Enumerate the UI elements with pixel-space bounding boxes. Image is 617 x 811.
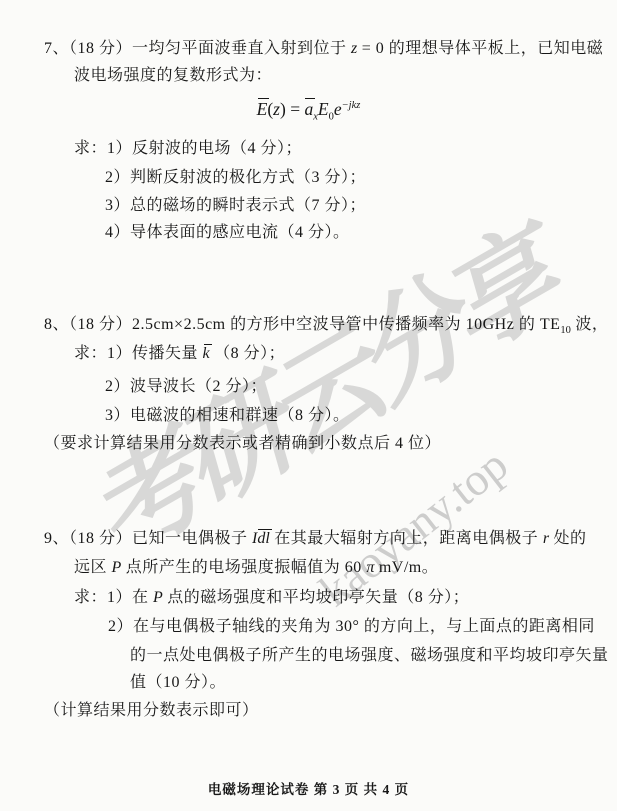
question-7-item-2: 2）判断反射波的极化方式（3 分）； [105,167,366,189]
q9-item1-text-a: 求：1）在 [74,589,153,606]
q8-intro-text-a: 8、（18 分）2.5cm×2.5cm 的方形中空波导管中传播频率为 10GHz… [44,316,560,333]
formula-a-vector: a [304,99,313,119]
question-7-item-3: 3）总的磁场的瞬时表示式（7 分）； [105,195,366,217]
formula-equals: = [286,99,305,119]
formula-z: z [273,99,280,119]
q7-intro-text-b: = 0 [357,40,389,57]
q9-math-dl-vector: dl [257,530,269,547]
question-9-note: （计算结果用分数表示即可） [44,700,259,722]
question-9-item-1: 求：1）在 P 点的磁场强度和平均坡印亭矢量（8 分）； [74,587,469,609]
question-9-item-2-line-2: 的一点处电偶极子所产生的电场强度、磁场强度和平均坡印亭矢量 [130,645,609,667]
formula-e: e [334,99,342,119]
q9-item1-text-b: 点的磁场强度和平均坡印亭矢量（8 分）； [163,589,470,606]
q7-intro-text-c: 的理想导体平板上，已知电磁 [389,40,604,57]
question-7-intro-line-1: 7、（18 分）一均匀平面波垂直入射到位于 z = 0 的理想导体平板上，已知电… [44,38,603,60]
q8-item1-text-a: 求：1）传播矢量 [74,345,203,362]
q8-math-k-vector: k [203,345,210,362]
question-9-intro-line-1: 9、（18 分）已知一电偶极子 Idl 在其最大辐射方向上，距离电偶极子 r 处… [44,528,587,550]
question-9-intro-line-2: 远区 P 点所产生的电场强度振幅值为 60 π mV/m。 [74,557,438,579]
q9-line2-text-c: mV/m。 [374,559,438,576]
q9-intro-text-a: 9、（18 分）已知一电偶极子 [44,530,252,547]
scanned-exam-page: { "watermark": { "calligraphy": "考研云分享",… [0,0,617,811]
formula-E0: E [318,99,329,119]
question-9-item-2-line-1: 2）在与电偶极子轴线的夹角为 30° 的方向上，与上面点的距离相同 [108,616,595,638]
q7-intro-text-a: 7、（18 分）一均匀平面波垂直入射到位于 [44,40,351,57]
q9-math-P: P [112,559,122,576]
question-9-item-2-line-3: 值（10 分）。 [130,672,226,694]
formula-E-vector: E [257,99,268,119]
question-7-formula: E(z) = axE0e−jkz [0,95,617,128]
q9-line2-text-a: 远区 [74,559,112,576]
exam-page: 考研云分享 kaoyany.top 7、（18 分）一均匀平面波垂直入射到位于 … [0,0,617,811]
q9-line2-text-b: 点所产生的电场强度振幅值为 60 [121,559,366,576]
q8-item1-text-b: （8 分）； [210,345,286,362]
q8-intro-text-b: 波， [571,316,609,333]
page-footer: 电磁场理论试卷 第 3 页 共 4 页 [0,778,617,798]
question-8-note: （要求计算结果用分数表示或者精确到小数点后 4 位） [44,433,441,455]
question-7-item-1: 求：1）反射波的电场（4 分）； [74,138,302,160]
question-7-intro-line-2: 波电场强度的复数形式为： [74,65,272,87]
formula-exponent: −jkz [342,100,361,111]
q9-intro-text-b: 在其最大辐射方向上，距离电偶极子 [270,530,543,547]
q8-te-mode-subscript: 10 [560,325,571,336]
q9-intro-text-c: 处的 [549,530,587,547]
question-8-item-1: 求：1）传播矢量 k （8 分）； [74,343,285,365]
question-8-item-2: 2）波导波长（2 分）； [105,376,267,398]
question-8-item-3: 3）电磁波的相速和群速（8 分）。 [105,405,350,427]
q9-item1-math-P: P [153,589,163,606]
question-8-intro-line: 8、（18 分）2.5cm×2.5cm 的方形中空波导管中传播频率为 10GHz… [44,314,608,342]
question-7-item-4: 4）导体表面的感应电流（4 分）。 [105,222,350,244]
